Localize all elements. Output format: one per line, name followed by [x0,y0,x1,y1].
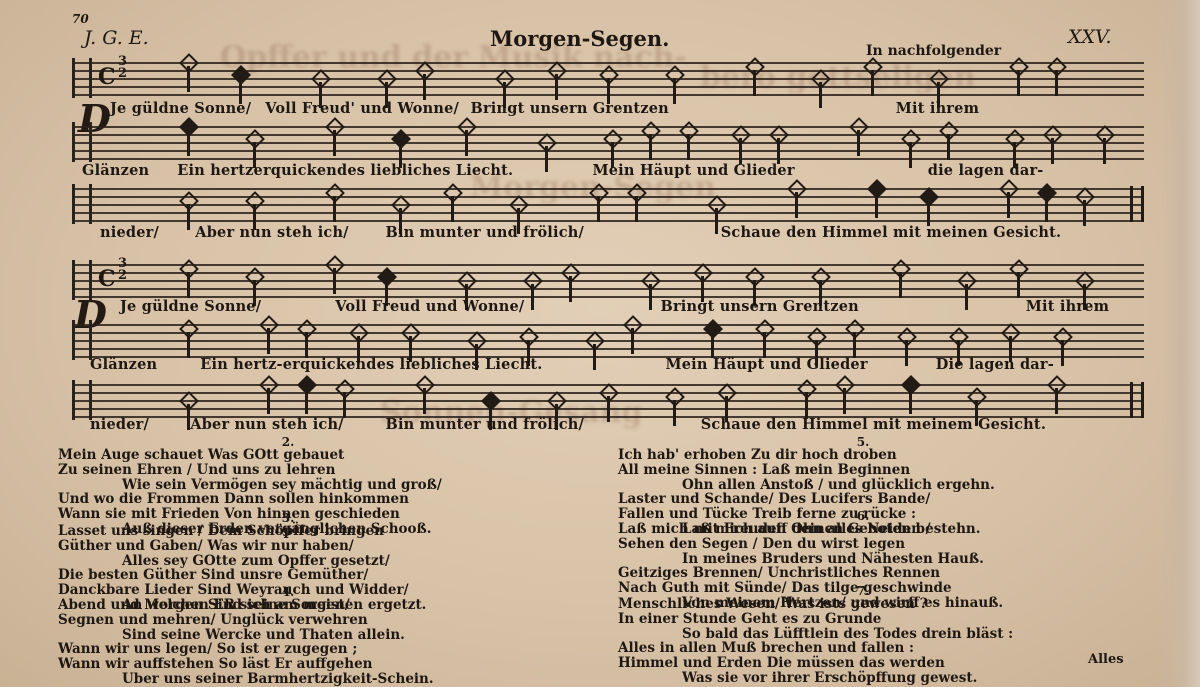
music-note-icon [179,191,199,211]
lyric-phrase: Mit ihrem [896,100,979,117]
lyric-phrase: Ein hertzerquickendes liebliches Liecht. [177,162,587,179]
music-note-icon [1009,57,1029,77]
music-note-icon [797,379,817,399]
music-note-icon [245,191,265,211]
music-note-icon [391,129,411,149]
music-note-icon [325,183,345,203]
verse-line: Zu seinen Ehren / Und uns zu lehren [58,463,518,478]
music-note-icon [519,327,539,347]
verse-block: 4. Abend und Morgen Sind seine Sorgen/ S… [58,586,518,687]
lyric-line: Je güldne Sonne/ Voll Freud und Wonne/ B… [120,298,1109,315]
music-note-icon [377,267,397,287]
verse-line: Ich hab' erhoben Zu dir hoch droben [618,448,1108,463]
verse-line: Geitziges Brennen/ Unchristliches Rennen [618,566,1108,581]
lyric-line: nieder/ Aber nun steh ich/ Bin munter un… [90,416,1046,433]
lyric-line: Glänzen Ein hertz-erquickendes liebliche… [90,356,1054,373]
author-initials: J. G. E. [84,27,149,49]
clef-icon [72,122,92,162]
lyric-line: nieder/ Aber nun steh ich/ Bin munter un… [100,224,1061,241]
lyric-phrase: Bin munter und frölich/ [386,416,696,433]
lyric-phrase: Bin munter und frölich/ [386,224,716,241]
music-note-icon [863,57,883,77]
music-staff: C 32 [72,262,1144,296]
music-note-icon [245,267,265,287]
music-note-icon [967,387,987,407]
music-note-icon [891,259,911,279]
music-note-icon [603,129,623,149]
lyric-phrase: Je güldne Sonne/ [110,100,260,117]
music-note-icon [939,121,959,141]
verse-line: Mein Auge schauet Was GOtt gebauet [58,448,518,463]
verse-block: 7. Menschliches Wesen/ Was ists gewesen … [618,585,1108,686]
verse-line: Wann wir auffstehen So läst Er auffgehen [58,657,518,672]
lyric-phrase: Aber nun steh ich/ [195,224,380,241]
lyric-phrase: die lagen dar- [928,162,1044,179]
music-note-icon [641,121,661,141]
lyric-line: Glänzen Ein hertzerquickendes liebliches… [82,162,1044,179]
lyric-phrase: Bringt unsern Grentzen [471,100,891,117]
common-time-icon: C [98,266,116,292]
music-note-icon [745,57,765,77]
music-note-icon [1053,327,1073,347]
clef-icon [72,184,92,224]
verse-line: Güther und Gaben/ Was wir nur haben/ [58,539,518,554]
verse-line: Alles sey GOtte zum Opffer gesetzt/ [58,554,518,569]
music-note-icon [1009,259,1029,279]
time-signature: 32 [118,258,127,282]
lyric-phrase: Voll Freud' und Wonne/ [265,100,465,117]
common-time-icon: C [98,64,116,90]
lyric-phrase: Glänzen [82,162,172,179]
music-note-icon [627,183,647,203]
music-note-icon [845,319,865,339]
verse-line: In einer Stunde Geht es zu Grunde [618,612,1108,627]
lyric-phrase: Mit ihrem [1026,298,1109,315]
lyric-phrase: Aber nun steh ich/ [190,416,380,433]
music-note-icon [335,379,355,399]
page-number: 70 [72,12,89,26]
lyric-phrase: Voll Freud und Wonne/ [335,298,655,315]
music-note-icon [231,65,251,85]
music-staff: C 32 [72,60,1144,94]
music-note-icon [297,319,317,339]
music-note-icon [245,129,265,149]
clef-icon [72,320,92,360]
music-note-icon [897,327,917,347]
double-barline [1130,382,1144,418]
music-note-icon [949,327,969,347]
page-title: Morgen-Segen. [490,26,670,51]
verse-line: Wie sein Vermögen sey mächtig und groß/ [58,478,518,493]
lyric-phrase: Die lagen dar- [936,356,1054,373]
verse-line: Sehen den Segen / Den du wirst legen [618,537,1108,552]
verse-line: Was sie vor ihrer Erschöpffung gewest. [618,671,1108,686]
clef-icon [72,380,92,420]
verse-line: Wann wir uns legen/ So ist er zugegen ; [58,642,518,657]
music-note-icon [665,65,685,85]
clef-icon [72,58,92,98]
verse-line: Segnen und mehren/ Unglück verwehren [58,613,518,628]
music-note-icon [1037,183,1057,203]
lyric-phrase: nieder/ [100,224,190,241]
lyric-phrase: Mein Häupt und Glieder [666,356,931,373]
verse-line: So bald das Lüfftlein des Todes drein bl… [618,627,1108,642]
verse-line: Und wo die Frommen Dann sollen hinkommen [58,492,518,507]
lyric-phrase: Je güldne Sonne/ [120,298,330,315]
lyric-phrase: Ein hertz-erquickendes liebliches Liecht… [200,356,660,373]
verse-line: Ohn allen Anstoß / und glücklich ergehn. [618,478,1108,493]
music-note-icon [1047,57,1067,77]
verse-line: Lasset uns singen / Dem Schöpffer bringe… [58,524,518,539]
page-edge [1160,0,1200,687]
music-note-icon [755,319,775,339]
music-note-icon [679,121,699,141]
verse-line: Menschliches Wesen/ Was ists gewesen ? [618,597,1108,612]
music-staff [72,124,1144,158]
music-note-icon [811,267,831,287]
verse-line: Himmel und Erden Die müssen das werden [618,656,1108,671]
verse-line: Laster und Schande/ Des Lucifers Bande/ [618,492,1108,507]
lyric-phrase: Glänzen [90,356,195,373]
music-note-icon [179,319,199,339]
verse-line: Abend und Morgen Sind seine Sorgen/ [58,598,518,613]
verse-line: Die besten Güther Sind unsre Gemüther/ [58,568,518,583]
verse-line: In meines Bruders und Nähesten Hauß. [618,552,1108,567]
lyric-phrase: Bringt unsern Grentzen [661,298,1021,315]
music-note-icon [1005,129,1025,149]
time-signature: 32 [118,56,127,80]
hymn-number: XXV. [1068,26,1112,48]
lyric-line: Je güldne Sonne/ Voll Freud' und Wonne/ … [110,100,979,117]
catchword: Alles [1088,652,1124,667]
music-note-icon [901,129,921,149]
music-note-icon [807,327,827,347]
music-note-icon [599,65,619,85]
scanned-page: Opffer und der Musik nach- bero gottseli… [0,0,1200,687]
lyric-phrase: Schaue den Himmel mit meinen Gesicht. [721,224,1062,241]
music-note-icon [703,319,723,339]
music-staff [72,382,1144,416]
lyric-phrase: nieder/ [90,416,185,433]
verse-line: Alles in allen Muß brechen und fallen : [618,641,1108,656]
music-note-icon [665,387,685,407]
music-note-icon [443,183,463,203]
music-note-icon [589,183,609,203]
verse-line: Uber uns seiner Barmhertzigkeit-Schein. [58,672,518,687]
staff-annotation: In nachfolgender [866,43,1001,59]
music-note-icon [745,267,765,287]
music-staff [72,186,1144,220]
music-note-icon [179,259,199,279]
verse-line: Laß mich mit Freuden Ohn alles Neiden / [618,522,1108,537]
verse-line: Sind seine Wercke und Thaten allein. [58,628,518,643]
verse-line: All meine Sinnen : Laß mein Beginnen [618,463,1108,478]
double-barline [1130,186,1144,222]
lyric-phrase: Mein Häupt und Glieder [593,162,923,179]
music-staff [72,322,1144,356]
lyric-phrase: Schaue den Himmel mit meinem Gesicht. [701,416,1046,433]
